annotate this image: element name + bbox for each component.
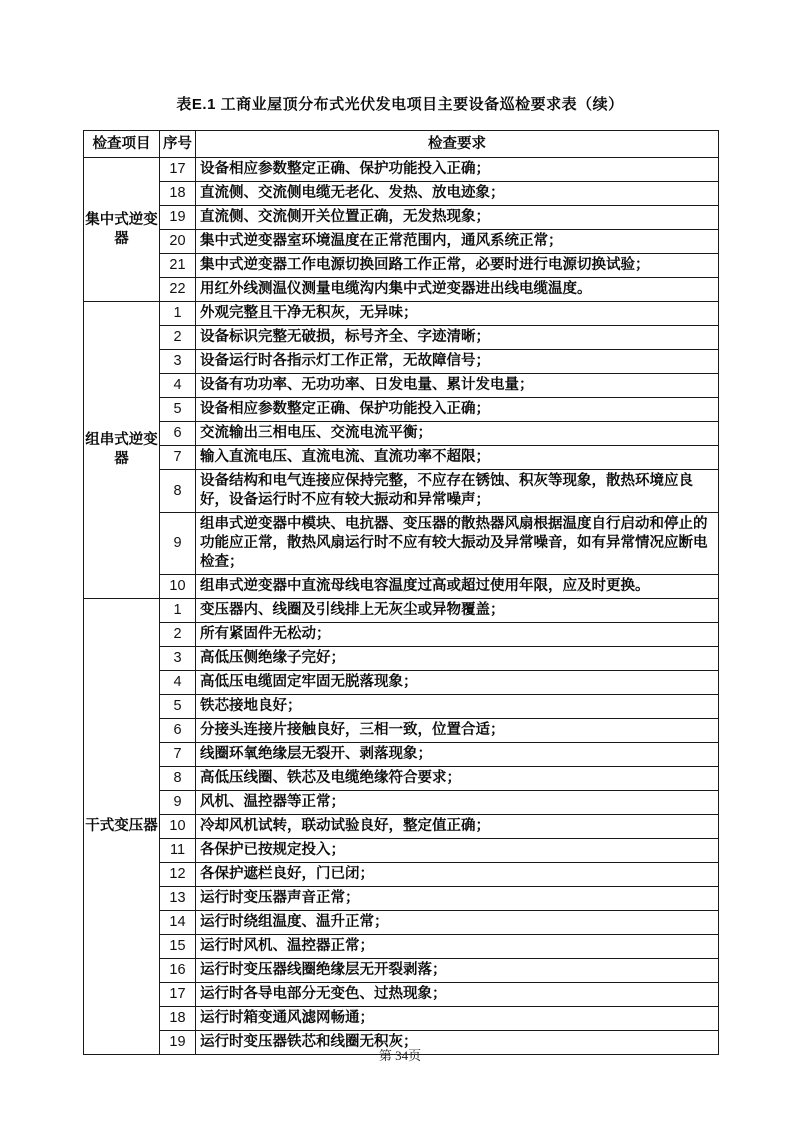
serial-number-cell: 5 bbox=[160, 695, 196, 719]
page-title: 表E.1 工商业屋顶分布式光伏发电项目主要设备巡检要求表（续） bbox=[0, 93, 800, 114]
table-row: 9组串式逆变器中模块、电抗器、变压器的散热器风扇根据温度自行启动和停止的功能应正… bbox=[84, 513, 719, 575]
requirement-cell: 运行时风机、温控器正常； bbox=[196, 935, 719, 959]
requirement-cell: 变压器内、线圈及引线排上无灰尘或异物覆盖； bbox=[196, 599, 719, 623]
page-number: 第 34页 bbox=[0, 1045, 800, 1064]
requirement-cell: 用红外线测温仪测量电缆沟内集中式逆变器进出线电缆温度。 bbox=[196, 278, 719, 302]
table-row: 11各保护已按规定投入； bbox=[84, 839, 719, 863]
serial-number-cell: 3 bbox=[160, 350, 196, 374]
requirement-cell: 设备运行时各指示灯工作正常，无故障信号； bbox=[196, 350, 719, 374]
serial-number-cell: 13 bbox=[160, 887, 196, 911]
serial-number-cell: 9 bbox=[160, 513, 196, 575]
serial-number-cell: 5 bbox=[160, 398, 196, 422]
column-header-inspection-requirement: 检查要求 bbox=[196, 131, 719, 158]
table-row: 2所有紧固件无松动； bbox=[84, 623, 719, 647]
table-row: 2设备标识完整无破损，标号齐全、字迹清晰； bbox=[84, 326, 719, 350]
table-row: 9风机、温控器等正常； bbox=[84, 791, 719, 815]
serial-number-cell: 4 bbox=[160, 671, 196, 695]
serial-number-cell: 10 bbox=[160, 815, 196, 839]
requirement-cell: 设备有功功率、无功功率、日发电量、累计发电量； bbox=[196, 374, 719, 398]
requirement-cell: 交流输出三相电压、交流电流平衡； bbox=[196, 422, 719, 446]
requirement-cell: 所有紧固件无松动； bbox=[196, 623, 719, 647]
table-row: 16运行时变压器线圈绝缘层无开裂剥落； bbox=[84, 959, 719, 983]
requirement-cell: 运行时各导电部分无变色、过热现象； bbox=[196, 983, 719, 1007]
requirement-cell: 组串式逆变器中直流母线电容温度过高或超过使用年限，应及时更换。 bbox=[196, 575, 719, 599]
requirement-cell: 高低压线圈、铁芯及电缆绝缘符合要求； bbox=[196, 767, 719, 791]
table-row: 10冷却风机试转，联动试验良好，整定值正确； bbox=[84, 815, 719, 839]
serial-number-cell: 17 bbox=[160, 158, 196, 182]
inspection-requirements-table: 检查项目 序号 检查要求 集中式逆变器17设备相应参数整定正确、保护功能投入正确… bbox=[83, 130, 719, 1055]
serial-number-cell: 8 bbox=[160, 767, 196, 791]
table-header-row: 检查项目 序号 检查要求 bbox=[84, 131, 719, 158]
requirement-cell: 运行时箱变通风滤网畅通； bbox=[196, 1007, 719, 1031]
serial-number-cell: 21 bbox=[160, 254, 196, 278]
table-row: 4高低压电缆固定牢固无脱落现象； bbox=[84, 671, 719, 695]
table-row: 18运行时箱变通风滤网畅通； bbox=[84, 1007, 719, 1031]
serial-number-cell: 18 bbox=[160, 182, 196, 206]
requirement-cell: 各保护已按规定投入； bbox=[196, 839, 719, 863]
requirement-cell: 线圈环氧绝缘层无裂开、剥落现象； bbox=[196, 743, 719, 767]
table-row: 7线圈环氧绝缘层无裂开、剥落现象； bbox=[84, 743, 719, 767]
requirement-cell: 运行时绕组温度、温升正常； bbox=[196, 911, 719, 935]
table-row: 干式变压器1变压器内、线圈及引线排上无灰尘或异物覆盖； bbox=[84, 599, 719, 623]
serial-number-cell: 2 bbox=[160, 326, 196, 350]
requirement-cell: 高低压侧绝缘子完好； bbox=[196, 647, 719, 671]
table-row: 7输入直流电压、直流电流、直流功率不超限； bbox=[84, 446, 719, 470]
requirement-cell: 设备相应参数整定正确、保护功能投入正确； bbox=[196, 398, 719, 422]
serial-number-cell: 4 bbox=[160, 374, 196, 398]
requirement-cell: 分接头连接片接触良好，三相一致，位置合适； bbox=[196, 719, 719, 743]
table-row: 6分接头连接片接触良好，三相一致，位置合适； bbox=[84, 719, 719, 743]
table-row: 集中式逆变器17设备相应参数整定正确、保护功能投入正确； bbox=[84, 158, 719, 182]
document-page: { "page": { "title": "表E.1 工商业屋顶分布式光伏发电项… bbox=[0, 0, 800, 1130]
requirement-cell: 高低压电缆固定牢固无脱落现象； bbox=[196, 671, 719, 695]
serial-number-cell: 11 bbox=[160, 839, 196, 863]
table-row: 21集中式逆变器工作电源切换回路工作正常，必要时进行电源切换试验； bbox=[84, 254, 719, 278]
requirement-cell: 输入直流电压、直流电流、直流功率不超限； bbox=[196, 446, 719, 470]
table-row: 5铁芯接地良好； bbox=[84, 695, 719, 719]
requirement-cell: 运行时变压器线圈绝缘层无开裂剥落； bbox=[196, 959, 719, 983]
requirement-cell: 风机、温控器等正常； bbox=[196, 791, 719, 815]
table-row: 18直流侧、交流侧电缆无老化、发热、放电迹象； bbox=[84, 182, 719, 206]
serial-number-cell: 15 bbox=[160, 935, 196, 959]
serial-number-cell: 14 bbox=[160, 911, 196, 935]
table-row: 17运行时各导电部分无变色、过热现象； bbox=[84, 983, 719, 1007]
column-header-inspection-item: 检查项目 bbox=[84, 131, 160, 158]
requirement-cell: 设备结构和电气连接应保持完整，不应存在锈蚀、积灰等现象，散热环境应良好，设备运行… bbox=[196, 470, 719, 513]
inspection-item-cell: 干式变压器 bbox=[84, 599, 160, 1055]
serial-number-cell: 2 bbox=[160, 623, 196, 647]
serial-number-cell: 20 bbox=[160, 230, 196, 254]
serial-number-cell: 1 bbox=[160, 599, 196, 623]
inspection-item-cell: 组串式逆变器 bbox=[84, 302, 160, 599]
serial-number-cell: 18 bbox=[160, 1007, 196, 1031]
requirement-cell: 设备相应参数整定正确、保护功能投入正确； bbox=[196, 158, 719, 182]
table-row: 4设备有功功率、无功功率、日发电量、累计发电量； bbox=[84, 374, 719, 398]
table-row: 8高低压线圈、铁芯及电缆绝缘符合要求； bbox=[84, 767, 719, 791]
requirement-cell: 组串式逆变器中模块、电抗器、变压器的散热器风扇根据温度自行启动和停止的功能应正常… bbox=[196, 513, 719, 575]
requirement-cell: 直流侧、交流侧电缆无老化、发热、放电迹象； bbox=[196, 182, 719, 206]
column-header-serial-number: 序号 bbox=[160, 131, 196, 158]
serial-number-cell: 10 bbox=[160, 575, 196, 599]
serial-number-cell: 17 bbox=[160, 983, 196, 1007]
serial-number-cell: 12 bbox=[160, 863, 196, 887]
serial-number-cell: 22 bbox=[160, 278, 196, 302]
serial-number-cell: 6 bbox=[160, 719, 196, 743]
table-row: 5设备相应参数整定正确、保护功能投入正确； bbox=[84, 398, 719, 422]
table-body: 集中式逆变器17设备相应参数整定正确、保护功能投入正确；18直流侧、交流侧电缆无… bbox=[84, 158, 719, 1055]
table-row: 6交流输出三相电压、交流电流平衡； bbox=[84, 422, 719, 446]
table-row: 14运行时绕组温度、温升正常； bbox=[84, 911, 719, 935]
serial-number-cell: 3 bbox=[160, 647, 196, 671]
requirement-cell: 铁芯接地良好； bbox=[196, 695, 719, 719]
table-row: 19直流侧、交流侧开关位置正确，无发热现象； bbox=[84, 206, 719, 230]
inspection-item-cell: 集中式逆变器 bbox=[84, 158, 160, 302]
table-row: 组串式逆变器1外观完整且干净无积灰，无异味； bbox=[84, 302, 719, 326]
serial-number-cell: 1 bbox=[160, 302, 196, 326]
table-row: 3设备运行时各指示灯工作正常，无故障信号； bbox=[84, 350, 719, 374]
table-row: 15运行时风机、温控器正常； bbox=[84, 935, 719, 959]
serial-number-cell: 7 bbox=[160, 743, 196, 767]
table-row: 20集中式逆变器室环境温度在正常范围内，通风系统正常； bbox=[84, 230, 719, 254]
table-row: 8设备结构和电气连接应保持完整，不应存在锈蚀、积灰等现象，散热环境应良好，设备运… bbox=[84, 470, 719, 513]
table-row: 22用红外线测温仪测量电缆沟内集中式逆变器进出线电缆温度。 bbox=[84, 278, 719, 302]
requirement-cell: 外观完整且干净无积灰，无异味； bbox=[196, 302, 719, 326]
requirement-cell: 直流侧、交流侧开关位置正确，无发热现象； bbox=[196, 206, 719, 230]
table-row: 13运行时变压器声音正常； bbox=[84, 887, 719, 911]
table-row: 12各保护遮栏良好，门已闭； bbox=[84, 863, 719, 887]
serial-number-cell: 6 bbox=[160, 422, 196, 446]
serial-number-cell: 16 bbox=[160, 959, 196, 983]
serial-number-cell: 19 bbox=[160, 206, 196, 230]
requirement-cell: 各保护遮栏良好，门已闭； bbox=[196, 863, 719, 887]
requirement-cell: 集中式逆变器室环境温度在正常范围内，通风系统正常； bbox=[196, 230, 719, 254]
serial-number-cell: 8 bbox=[160, 470, 196, 513]
serial-number-cell: 7 bbox=[160, 446, 196, 470]
requirement-cell: 设备标识完整无破损，标号齐全、字迹清晰； bbox=[196, 326, 719, 350]
requirement-cell: 运行时变压器声音正常； bbox=[196, 887, 719, 911]
serial-number-cell: 9 bbox=[160, 791, 196, 815]
table-row: 10组串式逆变器中直流母线电容温度过高或超过使用年限，应及时更换。 bbox=[84, 575, 719, 599]
requirement-cell: 冷却风机试转，联动试验良好，整定值正确； bbox=[196, 815, 719, 839]
requirement-cell: 集中式逆变器工作电源切换回路工作正常，必要时进行电源切换试验； bbox=[196, 254, 719, 278]
table-row: 3高低压侧绝缘子完好； bbox=[84, 647, 719, 671]
